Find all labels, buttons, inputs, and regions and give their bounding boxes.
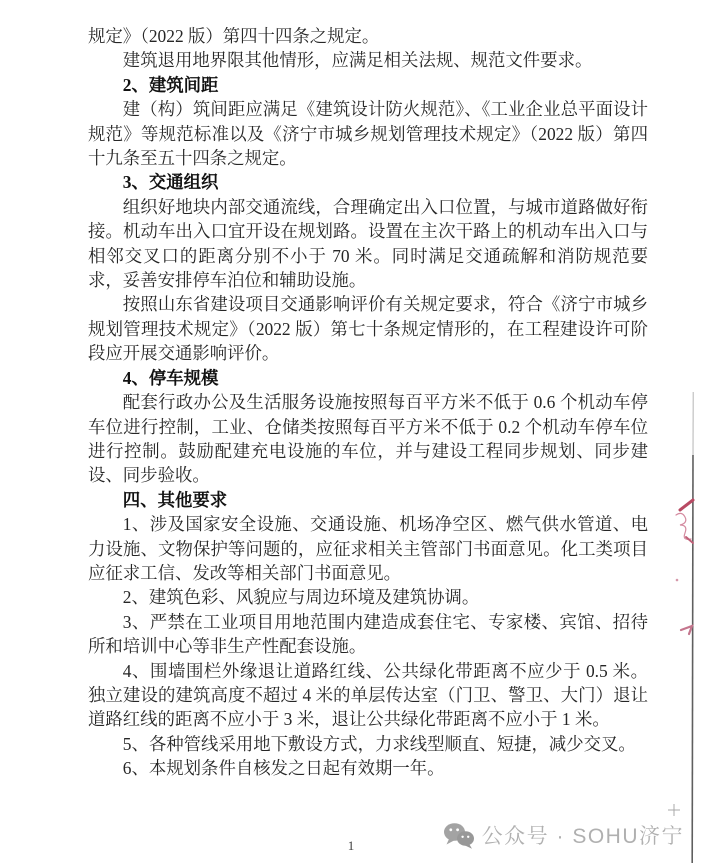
paragraph: 6、本规划条件自核发之日起有效期一年。: [88, 756, 648, 780]
paragraph: 按照山东省建设项目交通影响评价有关规定要求，符合《济宁市城乡规划管理技术规定》（…: [88, 292, 648, 365]
scan-edge-artifacts: [660, 380, 702, 863]
section-heading: 4、停车规模: [88, 366, 648, 390]
section-heading: 3、交通组织: [88, 170, 648, 194]
paragraph: 建（构）筑间距应满足《建筑设计防火规范》、《工业企业总平面设计规范》等规范标准以…: [88, 97, 648, 170]
scan-edge-line: [692, 392, 693, 863]
wechat-icon: [443, 822, 475, 849]
paragraph: 1、涉及国家安全设施、交通设施、机场净空区、燃气供水管道、电力设施、文物保护等问…: [88, 512, 648, 585]
watermark: 公众号 · SOHU济宁: [443, 820, 684, 850]
red-pen-marks: [676, 500, 693, 634]
section-heading: 2、建筑间距: [88, 73, 648, 97]
paragraph: 3、严禁在工业项目用地范围内建造成套住宅、专家楼、宾馆、招待所和培训中心等非生产…: [88, 610, 648, 659]
paragraph: 4、围墙围栏外缘退让道路红线、公共绿化带距离不应少于 0.5 米。独立建设的建筑…: [88, 659, 648, 732]
paragraph: 组织好地块内部交通流线，合理确定出入口位置，与城市道路做好衔接。机动车出入口宜开…: [88, 195, 648, 293]
watermark-text: 公众号 · SOHU济宁: [482, 820, 684, 850]
paragraph: 规定》（2022 版）第四十四条之规定。: [88, 24, 648, 48]
section-heading: 四、其他要求: [88, 488, 648, 512]
paragraph: 建筑退用地界限其他情形，应满足相关法规、规范文件要求。: [88, 48, 648, 72]
paragraph: 5、各种管线采用地下敷设方式，力求线型顺直、短捷，减少交叉。: [88, 732, 648, 756]
paragraph: 配套行政办公及生活服务设施按照每百平方米不低于 0.6 个机动车停车位进行控制，…: [88, 390, 648, 488]
registration-cross-mark: [668, 804, 680, 816]
paragraph: 2、建筑色彩、风貌应与周边环境及建筑协调。: [88, 585, 648, 609]
scanned-document-page: 规定》（2022 版）第四十四条之规定。建筑退用地界限其他情形，应满足相关法规、…: [0, 0, 702, 863]
document-body: 规定》（2022 版）第四十四条之规定。建筑退用地界限其他情形，应满足相关法规、…: [88, 24, 648, 781]
